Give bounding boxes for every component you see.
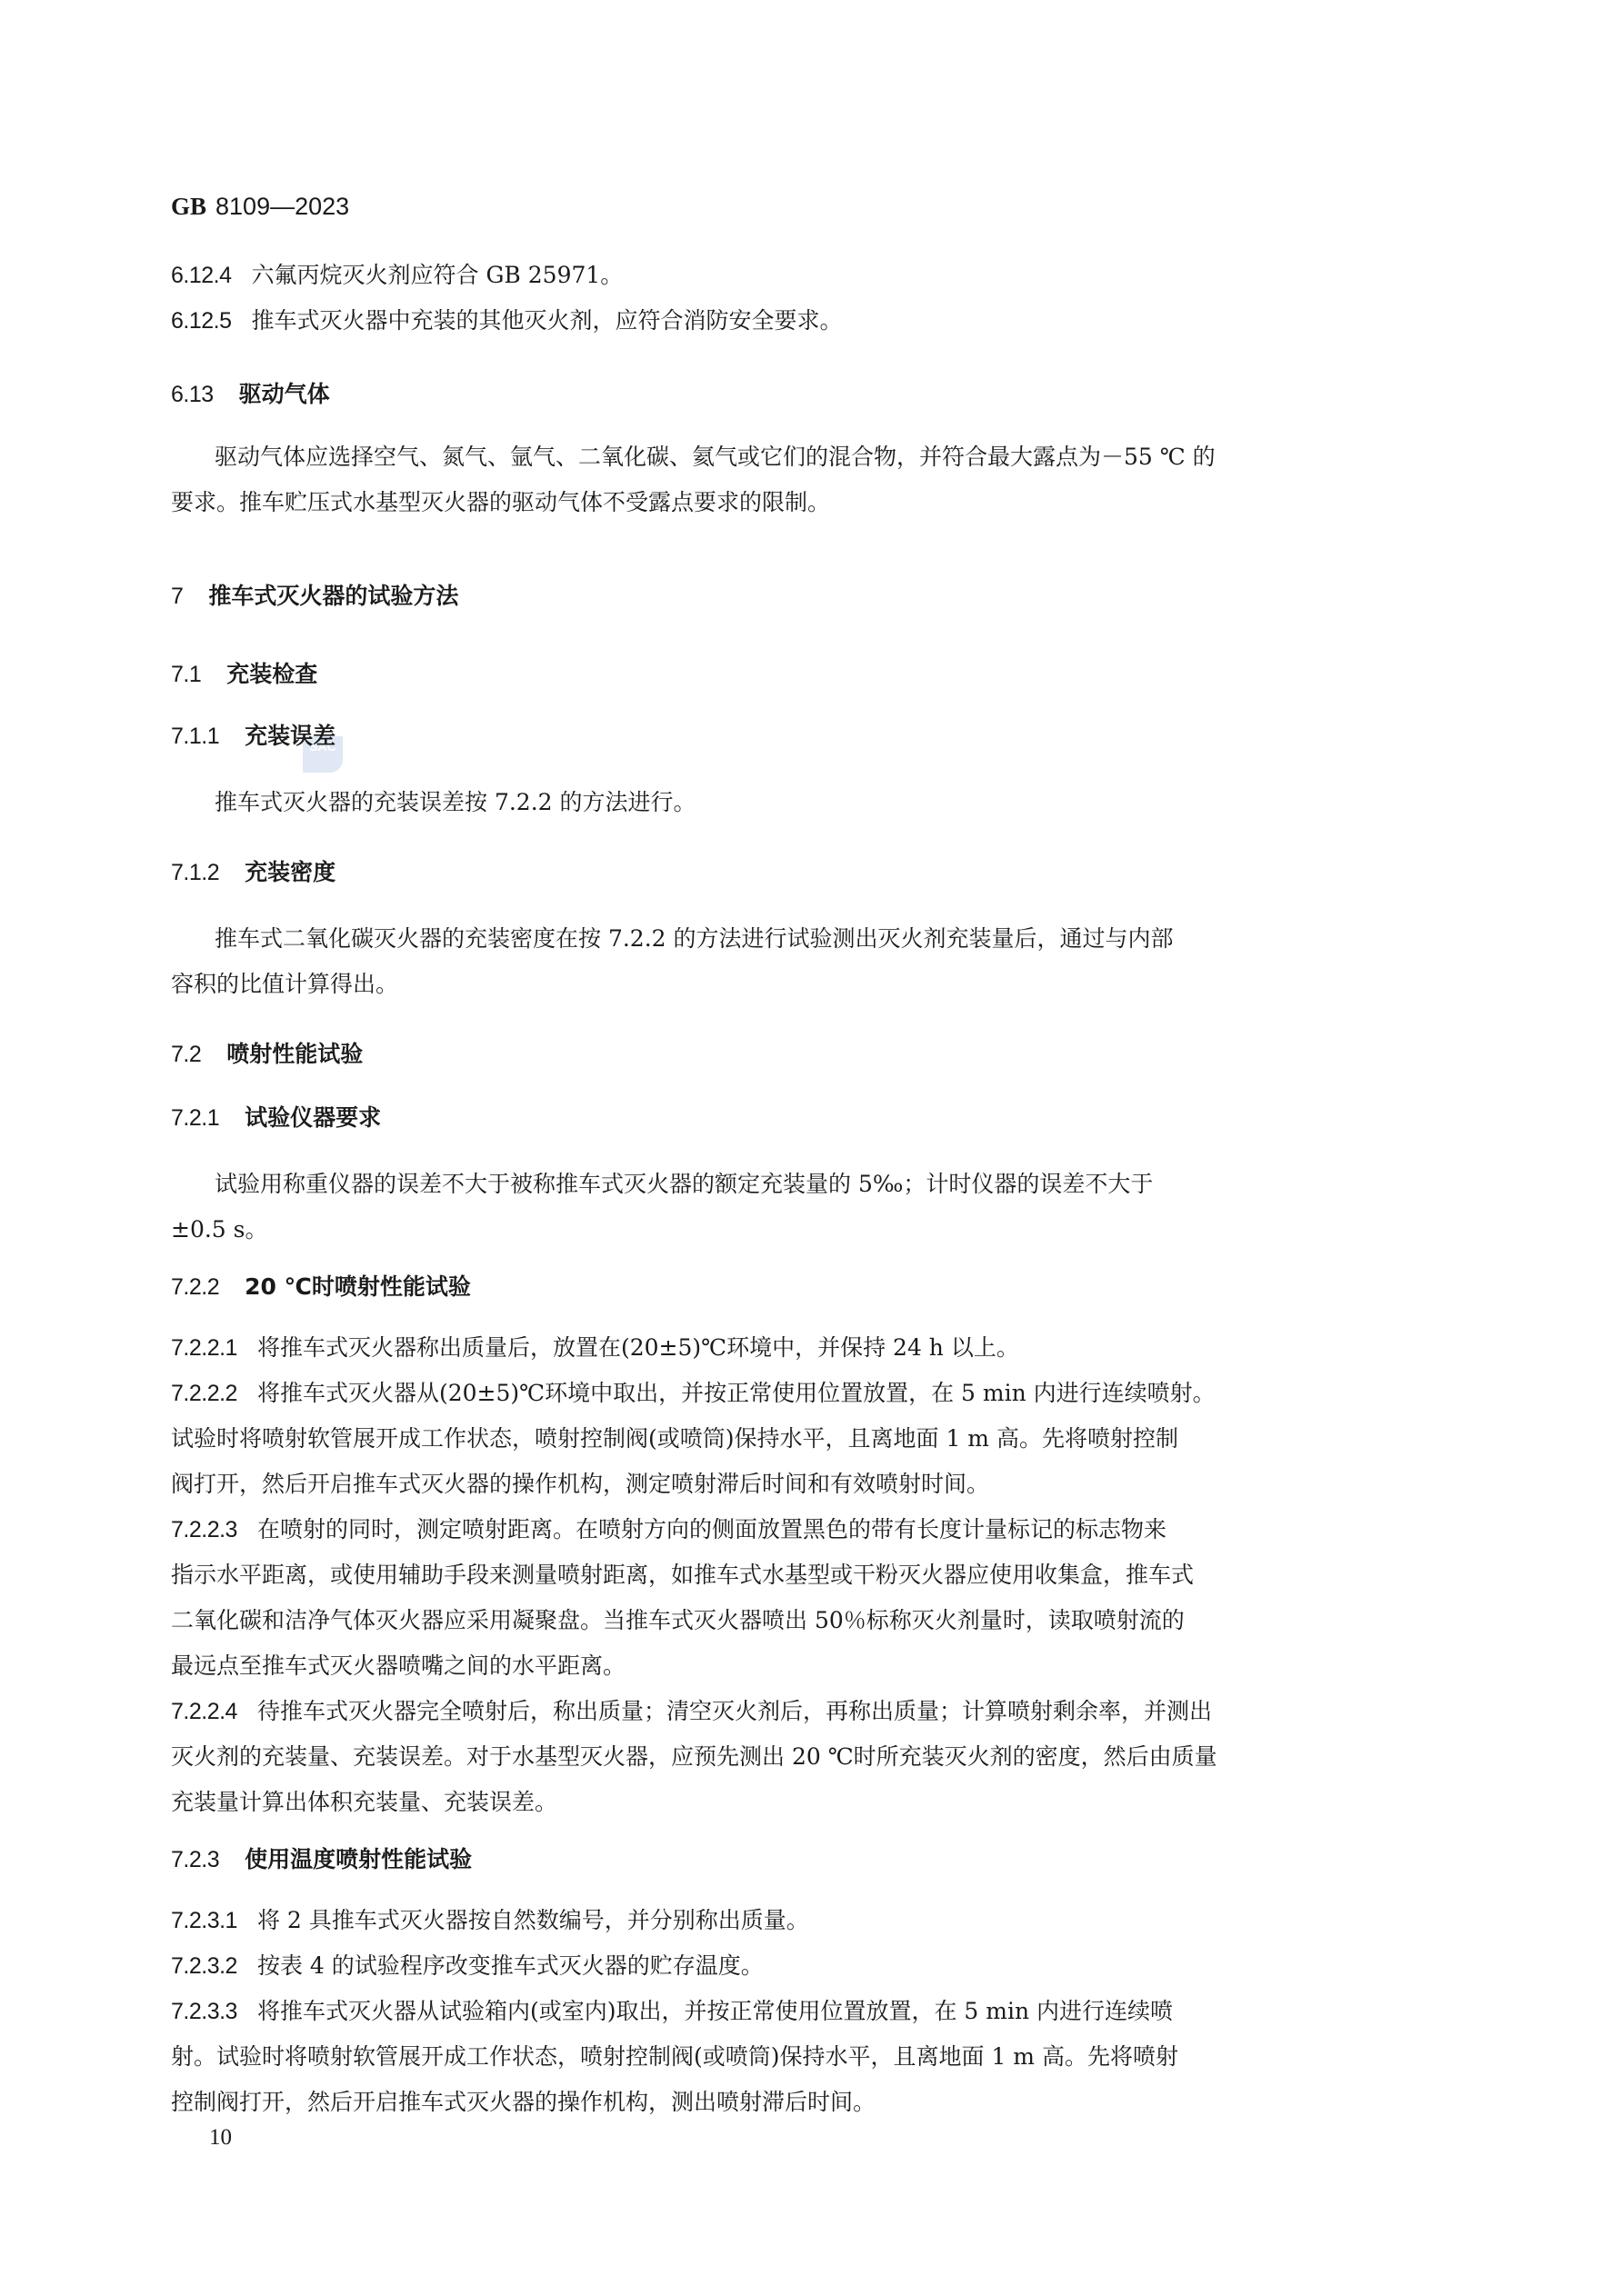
clause-number: 7.2 xyxy=(171,1042,201,1068)
clause-text: 喷射性能试验 xyxy=(226,1041,363,1067)
clause-text: 射。试验时将喷射软管展开成工作状态，喷射控制阀(或喷筒)保持水平，且离地面 1 … xyxy=(171,2043,1178,2070)
standard-number: 8109—2023 xyxy=(215,193,349,220)
clause-text: 最远点至推车式灭火器喷嘴之间的水平距离。 xyxy=(171,1652,626,1679)
clause-text: 试验时将喷射软管展开成工作状态，喷射控制阀(或喷筒)保持水平，且离地面 1 m … xyxy=(171,1425,1178,1452)
clause-text: 灭火剂的充装量、充装误差。对于水基型灭火器，应预先测出 20 ℃时所充装灭火剂的… xyxy=(171,1743,1217,1770)
clause-number: 6.12.4 xyxy=(171,260,232,291)
clause-paragraph: 6.12.4六氟丙烷灭火剂应符合 GB 25971。 xyxy=(171,260,1462,291)
body-paragraph-continuation: 控制阀打开，然后开启推车式灭火器的操作机构，测出喷射滞后时间。 xyxy=(171,2087,1462,2118)
section-heading: 7.2喷射性能试验 xyxy=(171,1036,363,1069)
clause-paragraph: 7.2.2.1将推车式灭火器称出质量后，放置在(20±5)℃环境中，并保持 24… xyxy=(171,1333,1462,1363)
clause-text: 按表 4 的试验程序改变推车式灭火器的贮存温度。 xyxy=(257,1952,764,1979)
body-paragraph-continuation: ±0.5 s。 xyxy=(171,1214,1462,1245)
clause-text: 指示水平距离，或使用辅助手段来测量喷射距离，如推车式水基型或干粉灭火器应使用收集… xyxy=(171,1562,1194,1588)
clause-text: 使用温度喷射性能试验 xyxy=(245,1846,472,1872)
clause-number: 7.2.3 xyxy=(171,1847,219,1873)
section-heading: 7.2.1试验仪器要求 xyxy=(171,1100,381,1133)
body-paragraph-continuation: 二氧化碳和洁净气体灭火器应采用凝聚盘。当推车式灭火器喷出 50％标称灭火剂量时，… xyxy=(171,1605,1462,1636)
section-heading: 7.2.220 ℃时喷射性能试验 xyxy=(171,1269,471,1302)
standard-code-header: GB8109—2023 xyxy=(171,193,349,221)
body-paragraph-continuation: 要求。推车贮压式水基型灭火器的驱动气体不受露点要求的限制。 xyxy=(171,487,1462,518)
body-paragraph-continuation: 灭火剂的充装量、充装误差。对于水基型灭火器，应预先测出 20 ℃时所充装灭火剂的… xyxy=(171,1742,1462,1772)
clause-text: 充装量计算出体积充装量、充装误差。 xyxy=(171,1789,557,1815)
clause-text: 试验仪器要求 xyxy=(245,1104,381,1131)
clause-number: 7.1 xyxy=(171,662,201,688)
body-paragraph: 试验用称重仪器的误差不大于被称推车式灭火器的额定充装量的 5‰；计时仪器的误差不… xyxy=(215,1169,1506,1200)
clause-paragraph: 7.2.3.1将 2 具推车式灭火器按自然数编号，并分别称出质量。 xyxy=(171,1905,1462,1936)
clause-text: 将 2 具推车式灭火器按自然数编号，并分别称出质量。 xyxy=(257,1907,809,1933)
clause-text: 待推车式灭火器完全喷射后，称出质量；清空灭火剂后，再称出质量；计算喷射剩余率，并… xyxy=(257,1698,1212,1724)
clause-text: 将推车式灭火器称出质量后，放置在(20±5)℃环境中，并保持 24 h 以上。 xyxy=(257,1334,1019,1361)
clause-text: 充装密度 xyxy=(245,859,335,885)
clause-text: 推车式灭火器的试验方法 xyxy=(208,583,458,609)
clause-number: 7.2.2.1 xyxy=(171,1333,237,1363)
clause-number: 7.2.3.2 xyxy=(171,1951,237,1982)
clause-paragraph: 7.2.2.2将推车式灭火器从(20±5)℃环境中取出，并按正常使用位置放置，在… xyxy=(171,1378,1462,1409)
clause-paragraph: 7.2.3.3将推车式灭火器从试验箱内(或室内)取出，并按正常使用位置放置，在 … xyxy=(171,1996,1462,2027)
clause-number: 7 xyxy=(171,584,183,610)
clause-text: 充装误差 xyxy=(245,723,335,749)
clause-text: 容积的比值计算得出。 xyxy=(171,971,398,997)
clause-text: 控制阀打开，然后开启推车式灭火器的操作机构，测出喷射滞后时间。 xyxy=(171,2089,876,2115)
body-paragraph-continuation: 指示水平距离，或使用辅助手段来测量喷射距离，如推车式水基型或干粉灭火器应使用收集… xyxy=(171,1560,1462,1591)
body-paragraph: 推车式灭火器的充装误差按 7.2.2 的方法进行。 xyxy=(215,787,1506,818)
clause-text: 二氧化碳和洁净气体灭火器应采用凝聚盘。当推车式灭火器喷出 50％标称灭火剂量时，… xyxy=(171,1607,1185,1633)
clause-text: 推车式二氧化碳灭火器的充装密度在按 7.2.2 的方法进行试验测出灭火剂充装量后… xyxy=(215,925,1174,952)
body-paragraph-continuation: 阀打开，然后开启推车式灭火器的操作机构，测定喷射滞后时间和有效喷射时间。 xyxy=(171,1469,1462,1500)
clause-number: 7.2.1 xyxy=(171,1105,219,1132)
clause-text: 驱动气体应选择空气、氮气、氩气、二氧化碳、氦气或它们的混合物，并符合最大露点为－… xyxy=(215,444,1216,470)
clause-number: 7.2.3.1 xyxy=(171,1905,237,1936)
clause-text: 要求。推车贮压式水基型灭火器的驱动气体不受露点要求的限制。 xyxy=(171,489,830,515)
page-number: 10 xyxy=(209,2125,232,2151)
section-heading: 7.1充装检查 xyxy=(171,656,317,689)
clause-text: 阀打开，然后开启推车式灭火器的操作机构，测定喷射滞后时间和有效喷射时间。 xyxy=(171,1471,989,1497)
body-paragraph-continuation: 充装量计算出体积充装量、充装误差。 xyxy=(171,1787,1462,1818)
clause-number: 6.13 xyxy=(171,382,214,408)
clause-text: 试验用称重仪器的误差不大于被称推车式灭火器的额定充装量的 5‰；计时仪器的误差不… xyxy=(215,1171,1153,1197)
clause-paragraph: 7.2.2.4待推车式灭火器完全喷射后，称出质量；清空灭火剂后，再称出质量；计算… xyxy=(171,1696,1462,1727)
clause-paragraph: 6.12.5推车式灭火器中充装的其他灭火剂，应符合消防安全要求。 xyxy=(171,305,1462,336)
clause-text: 推车式灭火器的充装误差按 7.2.2 的方法进行。 xyxy=(215,789,696,815)
document-page: GB8109—2023 SAC 6.12.4六氟丙烷灭火剂应符合 GB 2597… xyxy=(0,0,1622,2296)
section-heading: 7.2.3使用温度喷射性能试验 xyxy=(171,1842,472,1874)
body-paragraph-continuation: 容积的比值计算得出。 xyxy=(171,969,1462,1000)
clause-text: 将推车式灭火器从(20±5)℃环境中取出，并按正常使用位置放置，在 5 min … xyxy=(257,1380,1216,1406)
clause-text: ±0.5 s。 xyxy=(171,1216,267,1243)
clause-paragraph: 7.2.2.3在喷射的同时，测定喷射距离。在喷射方向的侧面放置黑色的带有长度计量… xyxy=(171,1514,1462,1545)
section-heading: 7.1.2充装密度 xyxy=(171,854,335,887)
section-heading: 6.13驱动气体 xyxy=(171,376,330,409)
clause-number: 7.2.2.4 xyxy=(171,1696,237,1727)
clause-number: 7.1.2 xyxy=(171,860,219,886)
body-paragraph-continuation: 射。试验时将喷射软管展开成工作状态，喷射控制阀(或喷筒)保持水平，且离地面 1 … xyxy=(171,2041,1462,2072)
clause-text: 将推车式灭火器从试验箱内(或室内)取出，并按正常使用位置放置，在 5 min 内… xyxy=(257,1998,1173,2024)
clause-number: 7.2.3.3 xyxy=(171,1996,237,2027)
body-paragraph-continuation: 试验时将喷射软管展开成工作状态，喷射控制阀(或喷筒)保持水平，且离地面 1 m … xyxy=(171,1423,1462,1454)
clause-text: 推车式灭火器中充装的其他灭火剂，应符合消防安全要求。 xyxy=(252,307,843,334)
clause-number: 7.1.1 xyxy=(171,724,219,750)
clause-text: 在喷射的同时，测定喷射距离。在喷射方向的侧面放置黑色的带有长度计量标记的标志物来 xyxy=(257,1516,1166,1542)
clause-number: 7.2.2.3 xyxy=(171,1514,237,1545)
section-heading: 7推车式灭火器的试验方法 xyxy=(171,578,458,611)
clause-paragraph: 7.2.3.2按表 4 的试验程序改变推车式灭火器的贮存温度。 xyxy=(171,1951,1462,1982)
body-paragraph-continuation: 最远点至推车式灭火器喷嘴之间的水平距离。 xyxy=(171,1651,1462,1682)
body-paragraph: 驱动气体应选择空气、氮气、氩气、二氧化碳、氦气或它们的混合物，并符合最大露点为－… xyxy=(215,442,1506,473)
section-heading: 7.1.1充装误差 xyxy=(171,718,335,751)
clause-text: 驱动气体 xyxy=(239,381,330,407)
standard-prefix: GB xyxy=(171,193,206,220)
clause-text: 充装检查 xyxy=(226,661,317,687)
clause-number: 7.2.2.2 xyxy=(171,1378,237,1409)
clause-number: 6.12.5 xyxy=(171,305,232,336)
body-paragraph: 推车式二氧化碳灭火器的充装密度在按 7.2.2 的方法进行试验测出灭火剂充装量后… xyxy=(215,923,1506,954)
clause-text: 六氟丙烷灭火剂应符合 GB 25971。 xyxy=(252,262,624,288)
clause-text: 20 ℃时喷射性能试验 xyxy=(245,1273,471,1300)
clause-number: 7.2.2 xyxy=(171,1274,219,1301)
